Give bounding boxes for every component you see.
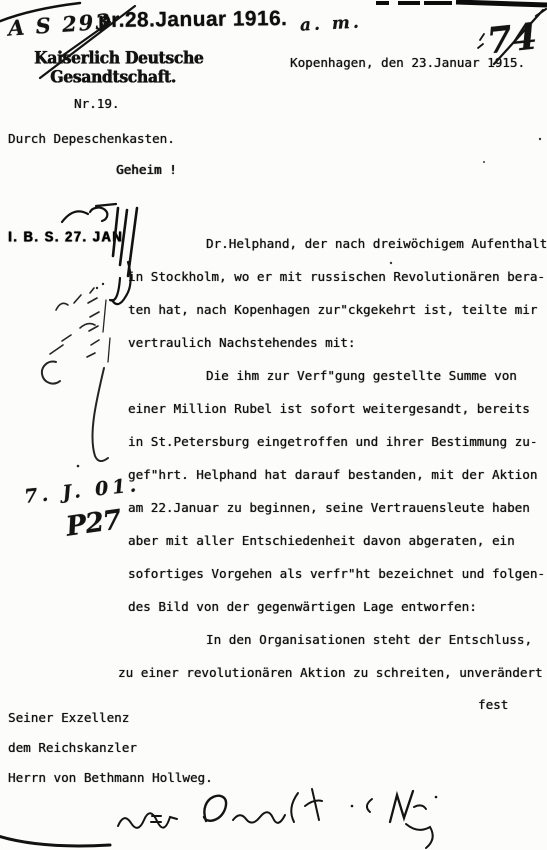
letterhead-line1: Kaiserlich Deutsche — [34, 47, 192, 67]
margin-pencil-scribbles — [42, 283, 110, 468]
body-line: des Bild von der gegenwärtigen Lage entw… — [128, 590, 547, 623]
delivery-note: Durch Depeschenkasten. — [8, 131, 175, 146]
registry-stamp: I. B. S. 27. JAN — [8, 228, 123, 245]
document-number: Nr.19. — [74, 96, 120, 111]
body-line: am 22.Januar zu beginnen, seine Vertraue… — [128, 491, 547, 524]
body-line: Dr.Helphand, der nach dreiwöchigem Aufen… — [128, 227, 547, 260]
address-block: Seiner Exzellenzdem ReichskanzlerHerrn v… — [8, 703, 213, 793]
address-line: Herrn von Bethmann Hollweg. — [8, 763, 213, 793]
body-line: vertraulich Nachstehendes mit: — [128, 326, 547, 359]
top-edge-cropped-text — [376, 2, 547, 5]
body-line: gef"hrt. Helphand hat darauf bestanden, … — [128, 458, 547, 491]
corner-curve-bottom-left — [0, 836, 110, 846]
body-line: In den Organisationen steht der Entschlu… — [128, 623, 547, 656]
hanging-word-fest: fest — [478, 697, 508, 712]
document-page: A S 293 pr.28.Januar 1916. a. m. 74 Kais… — [0, 0, 547, 850]
body-line: Die ihm zur Verf"gung gestellte Summe vo… — [128, 359, 547, 392]
body-line: sofortiges Vorgehen als verfr"ht bezeich… — [128, 557, 547, 590]
filing-number-annotation: A S 293 — [7, 8, 112, 40]
body-line: einer Million Rubel ist sofort weiterges… — [128, 392, 547, 425]
body-line: zu einer revolutionären Aktion zu schrei… — [118, 656, 547, 689]
body-line: ten hat, nach Kopenhagen zur"ckgekehrt i… — [128, 293, 547, 326]
body-line: in St.Petersburg eingetroffen und ihrer … — [128, 425, 547, 458]
margin-paraph: P27 — [64, 504, 123, 542]
letterhead-line2: Gesandtschaft. — [34, 66, 192, 86]
body-text: Dr.Helphand, der nach dreiwöchigem Aufen… — [128, 227, 547, 689]
address-line: dem Reichskanzler — [8, 733, 213, 763]
receipt-date-stamp: pr.28.Januar 1916. — [98, 7, 288, 33]
body-line: in Stockholm, wo er mit russischen Revol… — [128, 260, 547, 293]
body-line: aber mit aller Entschiedenheit davon abg… — [128, 524, 547, 557]
address-line: Seiner Exzellenz — [8, 703, 213, 733]
margin-date-note: 7. J. 01. — [23, 474, 141, 508]
classification-geheim: Geheim ! — [116, 162, 177, 177]
receipt-time-note: a. m. — [300, 12, 363, 35]
signature-scribble — [118, 789, 437, 848]
registry-flourish — [62, 204, 137, 304]
dateline: Kopenhagen, den 23.Januar 1915. — [290, 55, 525, 70]
